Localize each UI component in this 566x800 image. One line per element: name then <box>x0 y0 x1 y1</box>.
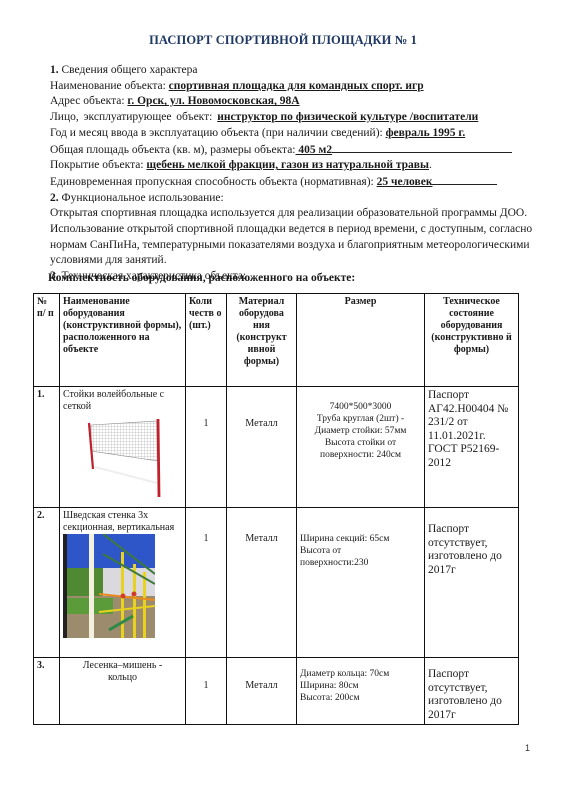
table-row: 2. Шведская стенка 3х секционная, вертик… <box>34 508 519 658</box>
field-surface: Покрытие объекта: щебень мелкой фракции,… <box>50 158 540 174</box>
col-header-condition: Техническое состояние оборудования (конс… <box>425 294 519 387</box>
equipment-heading: Комплектность оборудования, расположенно… <box>48 272 355 284</box>
col-header-quantity: Коли честв о (шт.) <box>186 294 227 387</box>
wall-bars-photo <box>63 534 155 638</box>
field-object-name: Наименование объекта: спортивная площадк… <box>50 79 540 95</box>
row-quantity: 1 <box>186 508 227 658</box>
col-header-name: Наименование оборудования (конструктивно… <box>60 294 186 387</box>
field-commission-date: Год и месяц ввода в эксплуатацию объекта… <box>50 126 540 142</box>
size-line: поверхности: 240см <box>300 449 421 461</box>
page-number: 1 <box>525 743 530 753</box>
volleyball-net-icon <box>63 417 181 505</box>
table-row: 1. Стойки волейбольные с сеткой 1 Металл… <box>34 387 519 508</box>
field-label: Единовременная пропускная способность об… <box>50 176 377 188</box>
table-row: 3. Лесенка–мишень - кольцо 1 Металл Диам… <box>34 658 519 725</box>
row-material: Металл <box>227 387 297 508</box>
field-address: Адрес объекта: г. Орск, ул. Новомосковск… <box>50 94 540 110</box>
equipment-table: № п/ п Наименование оборудования (констр… <box>33 293 519 725</box>
field-value: 25 человек <box>377 176 433 188</box>
size-line: Диаметр стойки: 57мм <box>300 425 421 437</box>
size-line: Диаметр кольца: 70см <box>300 668 421 680</box>
field-operator: Лицо, эксплуатирующее объект: инструктор… <box>50 110 540 126</box>
col-header-size: Размер <box>297 294 425 387</box>
field-value: г. Орск, ул. Новомосковская, 98А <box>127 95 299 107</box>
row-condition: Паспорт АГ42.Н00404 № 231/2 от 11.01.202… <box>425 387 519 508</box>
underline-fill <box>332 142 512 153</box>
field-area: Общая площадь объекта (кв. м), размеры о… <box>50 142 540 159</box>
row-name: Стойки волейбольные с сеткой <box>63 389 164 412</box>
row-condition: Паспорт отсутствует, изготовлено до 2017… <box>425 658 519 725</box>
size-line: Ширина: 80см <box>300 680 421 692</box>
size-line: поверхности:230 <box>300 557 421 569</box>
field-value: щебень мелкой фракции, газон из натураль… <box>146 159 429 171</box>
size-line: Ширина секций: 65см <box>300 533 421 545</box>
size-line: Высота стойки от <box>300 437 421 449</box>
row-number: 1. <box>34 387 60 508</box>
section1-heading: 1. Сведения общего характера <box>50 63 540 79</box>
underline-fill <box>432 174 497 185</box>
row-material: Металл <box>227 508 297 658</box>
field-value: февраль 1995 г. <box>386 127 466 139</box>
size-line: Труба круглая (2шт) - <box>300 413 421 425</box>
col-header-number: № п/ п <box>34 294 60 387</box>
section2-text: Открытая спортивная площадка используетс… <box>50 206 535 269</box>
row-number: 3. <box>34 658 60 725</box>
field-suffix: . <box>429 159 432 171</box>
field-value: спортивная площадка для командных спорт.… <box>169 80 424 92</box>
field-label: Год и месяц ввода в эксплуатацию объекта… <box>50 127 386 139</box>
size-line: Высота от <box>300 545 421 557</box>
section-title: Сведения общего характера <box>62 64 198 76</box>
row-name-cell: Стойки волейбольные с сеткой <box>60 387 186 508</box>
row-material: Металл <box>227 658 297 725</box>
row-quantity: 1 <box>186 387 227 508</box>
field-capacity: Единовременная пропускная способность об… <box>50 174 540 191</box>
col-header-material: Материал оборудова ния (конструкт ивной … <box>227 294 297 387</box>
section-number: 1. <box>50 64 59 76</box>
table-header-row: № п/ п Наименование оборудования (констр… <box>34 294 519 387</box>
section2-heading: 2. Функциональное использование: <box>50 191 540 207</box>
row-size: Ширина секций: 65см Высота от поверхност… <box>297 508 425 658</box>
field-label: Покрытие объекта: <box>50 159 146 171</box>
row-quantity: 1 <box>186 658 227 725</box>
row-name: Лесенка–мишень - кольцо <box>60 658 186 725</box>
row-name: Шведская стенка 3х секционная, вертикаль… <box>63 510 174 533</box>
field-value: 405 м2 <box>296 144 333 156</box>
general-info: 1. Сведения общего характера Наименовани… <box>50 63 540 285</box>
row-size: Диаметр кольца: 70см Ширина: 80см Высота… <box>297 658 425 725</box>
size-line: Высота: 200см <box>300 692 421 704</box>
field-label: Общая площадь объекта (кв. м), размеры о… <box>50 144 296 156</box>
row-condition: Паспорт отсутствует, изготовлено до 2017… <box>425 508 519 658</box>
field-label: Лицо, эксплуатирующее объект: <box>50 111 217 123</box>
section-title: Функциональное использование: <box>62 192 224 204</box>
row-number: 2. <box>34 508 60 658</box>
row-size: 7400*500*3000 Труба круглая (2шт) - Диам… <box>297 387 425 508</box>
field-value: инструктор по физической культуре /воспи… <box>217 111 478 123</box>
section-number: 2. <box>50 192 59 204</box>
document-title: ПАСПОРТ СПОРТИВНОЙ ПЛОЩАДКИ № 1 <box>0 33 566 48</box>
size-line: 7400*500*3000 <box>300 401 421 413</box>
field-label: Адрес объекта: <box>50 95 127 107</box>
field-label: Наименование объекта: <box>50 80 169 92</box>
row-name-cell: Шведская стенка 3х секционная, вертикаль… <box>60 508 186 658</box>
